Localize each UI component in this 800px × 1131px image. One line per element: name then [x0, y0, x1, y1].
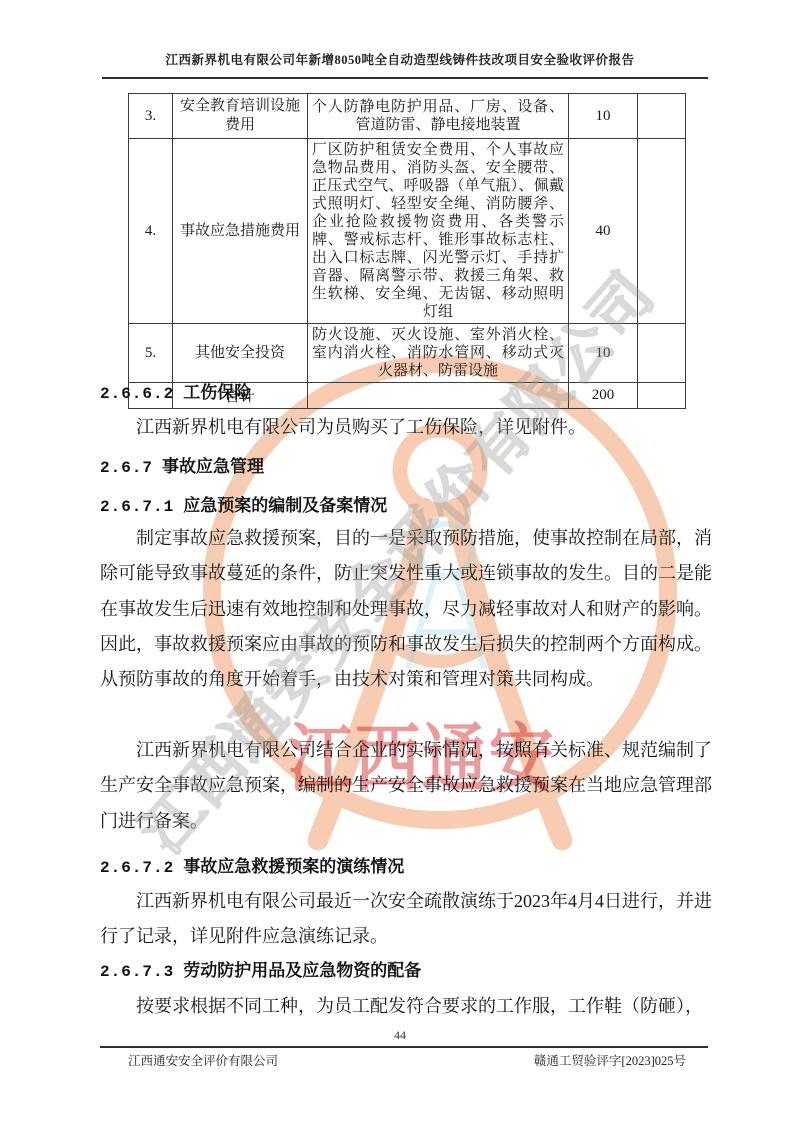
- section-title: 事故应急管理: [162, 457, 264, 476]
- item-desc-cell: 厂区防护租赁安全费用、个人事故应急物品费用、消防头盔、安全腰带、正压式空气、呼吸…: [308, 139, 569, 324]
- section-number: 2.6.6.2: [100, 385, 174, 403]
- item-name-cell: 事故应急措施费用: [173, 139, 308, 324]
- report-header-title: 江西新界机电有限公司年新增8050吨全自动造型线铸件技改项目安全验收评价报告: [0, 50, 800, 68]
- section-heading-2673: 2.6.7.3劳动防护用品及应急物资的配备: [100, 956, 720, 981]
- section-number: 2.6.7.3: [100, 963, 174, 981]
- footer-rule: [100, 1046, 708, 1048]
- row-number-cell: 5.: [129, 324, 173, 383]
- note-cell: [638, 324, 686, 383]
- section-number: 2.6.7.2: [100, 859, 174, 877]
- safety-investment-table: 3. 安全教育培训设施费用 个人防静电防护用品、厂房、设备、管道防雷、静电接地装…: [128, 93, 686, 409]
- section-title: 应急预案的编制及备案情况: [183, 496, 387, 515]
- page-number: 44: [0, 1028, 800, 1043]
- table-row: 4. 事故应急措施费用 厂区防护租赁安全费用、个人事故应急物品费用、消防头盔、安…: [129, 139, 686, 324]
- item-name-cell: 其他安全投资: [173, 324, 308, 383]
- table-row: 3. 安全教育培训设施费用 个人防静电防护用品、厂房、设备、管道防雷、静电接地装…: [129, 94, 686, 139]
- row-number-cell: 4.: [129, 139, 173, 324]
- section-title: 事故应急救援预案的演练情况: [183, 857, 404, 876]
- table-row: 5. 其他安全投资 防火设施、灭火设施、室外消火栓、室内消火栓、消防水管网、移动…: [129, 324, 686, 383]
- item-name-cell: 安全教育培训设施费用: [173, 94, 308, 139]
- item-desc-cell: 个人防静电防护用品、厂房、设备、管道防雷、静电接地装置: [308, 94, 569, 139]
- item-desc-cell: 防火设施、灭火设施、室外消火栓、室内消火栓、消防水管网、移动式灭火器材、防雷设施: [308, 324, 569, 383]
- section-heading-267: 2.6.7事故应急管理: [100, 452, 720, 477]
- footer-doc-number: 赣通工贸验评字[2023]025号: [534, 1051, 686, 1069]
- section-number: 2.6.7: [100, 459, 153, 477]
- note-cell: [638, 94, 686, 139]
- row-number-cell: 3.: [129, 94, 173, 139]
- amount-cell: 40: [569, 139, 638, 324]
- footer-company: 江西通安安全评价有限公司: [128, 1051, 278, 1069]
- section-heading-2671: 2.6.7.1应急预案的编制及备案情况: [100, 491, 720, 516]
- section-heading-2672: 2.6.7.2事故应急救援预案的演练情况: [100, 852, 720, 877]
- document-page: 江西通安安全评价有限公司 江西通安 江西新界机电有限公司年新增8050吨全自动造…: [0, 0, 800, 1131]
- header-rule: [102, 77, 708, 79]
- paragraph-insurance: 江西新界机电有限公司为员购买了工伤保险，详见附件。: [100, 410, 712, 445]
- amount-cell: 10: [569, 94, 638, 139]
- paragraph-ppe: 按要求根据不同工种，为员工配发符合要求的工作服，工作鞋（防砸），: [100, 989, 712, 1024]
- section-heading-2662: 2.6.6.2工伤保险: [100, 378, 720, 403]
- section-number: 2.6.7.1: [100, 498, 174, 516]
- paragraph-plan-2: 江西新界机电有限公司结合企业的实际情况，按照有关标准、规范编制了生产安全事故应急…: [100, 733, 712, 839]
- paragraph-plan-1: 制定事故应急救援预案，目的一是采取预防措施，使事故控制在局部，消除可能导致事故蔓…: [100, 521, 712, 697]
- paragraph-drill: 江西新界机电有限公司最近一次安全疏散演练于2023年4月4日进行，并进行了记录，…: [100, 884, 712, 955]
- section-title: 劳动防护用品及应急物资的配备: [183, 961, 421, 980]
- amount-cell: 10: [569, 324, 638, 383]
- note-cell: [638, 139, 686, 324]
- section-title: 工伤保险: [183, 383, 251, 402]
